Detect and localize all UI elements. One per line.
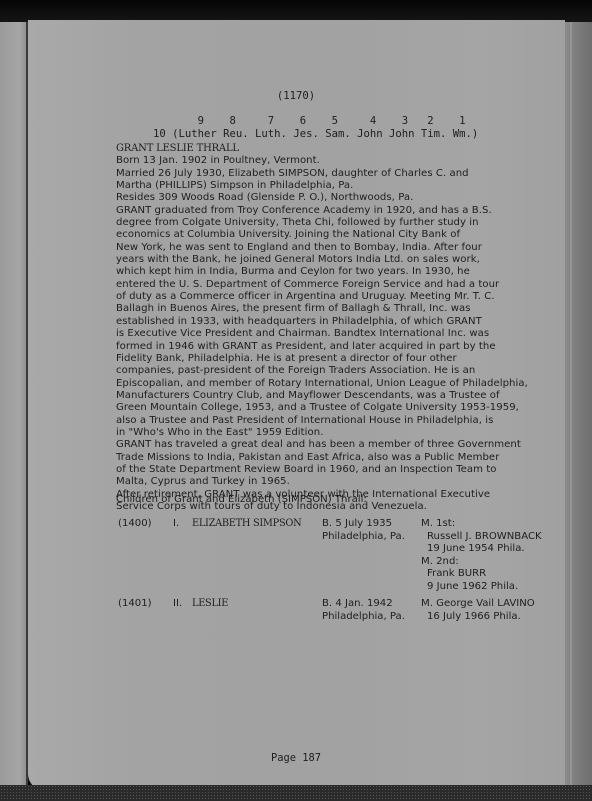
biography-line: Born 13 Jan. 1902 in Poultney, Vermont. <box>116 155 536 167</box>
biography-line: Malta, Cyprus and Turkey in 1965. <box>116 476 536 488</box>
biography-line: companies, past-president of the Foreign… <box>116 365 536 377</box>
biography-line: GRANT has traveled a great deal and has … <box>116 439 536 451</box>
biography-line: Ballagh in Buenos Aires, the present fir… <box>116 303 536 315</box>
biography-line: Fidelity Bank, Philadelphia. He is at pr… <box>116 353 536 365</box>
biography-line: Manufacturers Country Club, and Mayflowe… <box>116 390 536 402</box>
record-number: (1170) <box>0 90 592 102</box>
birth-date: B. 5 July 1935 <box>322 518 405 531</box>
child-record-number: (1401) <box>118 598 152 609</box>
biography-line: Married 26 July 1930, Elizabeth SIMPSON,… <box>116 168 536 180</box>
subject-heading: GRANT LESLIE THRALL <box>116 143 536 155</box>
generation-numbers: 9 8 7 6 5 4 3 2 1 <box>153 115 466 127</box>
page-content: (1170) 9 8 7 6 5 4 3 2 1 10 (Luther Reu.… <box>0 0 592 801</box>
child-name: LESLIE <box>192 598 228 609</box>
biography-line: which kept him in India, Burma and Ceylo… <box>116 266 536 278</box>
child-marriages: M. George Vail LAVINO 16 July 1966 Phila… <box>421 598 535 623</box>
child-ordinal: I. <box>173 518 179 529</box>
biography-line: also a Trustee and Past President of Int… <box>116 415 536 427</box>
biography-line: years with the Bank, he joined General M… <box>116 254 536 266</box>
biography-line: Episcopalian, and member of Rotary Inter… <box>116 378 536 390</box>
biography-line: GRANT graduated from Troy Conference Aca… <box>116 205 536 217</box>
child-record-number: (1400) <box>118 518 152 529</box>
children-heading: Children of Grant and Elizabeth (SIMPSON… <box>116 494 367 505</box>
generation-lineage: 10 (Luther Reu. Luth. Jes. Sam. John Joh… <box>153 128 478 140</box>
birth-place: Philadelphia, Pa. <box>322 531 405 544</box>
biography-text: GRANT LESLIE THRALL Born 13 Jan. 1902 in… <box>116 143 536 513</box>
biography-line: Resides 309 Woods Road (Glenside P. O.),… <box>116 192 536 204</box>
biography-line: entered the U. S. Department of Commerce… <box>116 279 536 291</box>
biography-line: established in 1933, with headquarters i… <box>116 316 536 328</box>
biography-line: of duty as a Commerce officer in Argenti… <box>116 291 536 303</box>
child-name: ELIZABETH SIMPSON <box>192 518 301 529</box>
birth-date: B. 4 Jan. 1942 <box>322 598 405 611</box>
marriage-label: M. 1st: <box>421 518 542 531</box>
marriage-date: 9 June 1962 Phila. <box>421 581 542 594</box>
child-marriages: M. 1st: Russell J. BROWNBACK 19 June 195… <box>421 518 542 594</box>
child-birth: B. 5 July 1935 Philadelphia, Pa. <box>322 518 405 543</box>
marriage-date: 19 June 1954 Phila. <box>421 543 542 556</box>
biography-line: Martha (PHILLIPS) Simpson in Philadelphi… <box>116 180 536 192</box>
biography-line: formed in 1946 with GRANT as President, … <box>116 341 536 353</box>
biography-line: of the State Department Review Board in … <box>116 464 536 476</box>
marriage-label: M. 2nd: <box>421 556 542 569</box>
birth-place: Philadelphia, Pa. <box>322 611 405 624</box>
marriage-label: M. George Vail LAVINO <box>421 598 535 611</box>
spouse-name: Frank BURR <box>421 568 542 581</box>
biography-line: in "Who's Who in the East" 1959 Edition. <box>116 427 536 439</box>
biography-line: degree from Colgate University, Theta Ch… <box>116 217 536 229</box>
biography-paragraph: Born 13 Jan. 1902 in Poultney, Vermont.M… <box>116 155 536 513</box>
spouse-name: Russell J. BROWNBACK <box>421 531 542 544</box>
biography-line: Trade Missions to India, Pakistan and Ea… <box>116 452 536 464</box>
child-birth: B. 4 Jan. 1942 Philadelphia, Pa. <box>322 598 405 623</box>
biography-line: New York, he was sent to England and the… <box>116 242 536 254</box>
biography-line: Green Mountain College, 1953, and a Trus… <box>116 402 536 414</box>
biography-line: economics at Columbia University. Joinin… <box>116 229 536 241</box>
marriage-date: 16 July 1966 Phila. <box>421 611 535 624</box>
child-ordinal: II. <box>173 598 182 609</box>
biography-line: is Executive Vice President and Chairman… <box>116 328 536 340</box>
page-number: Page 187 <box>0 752 592 764</box>
